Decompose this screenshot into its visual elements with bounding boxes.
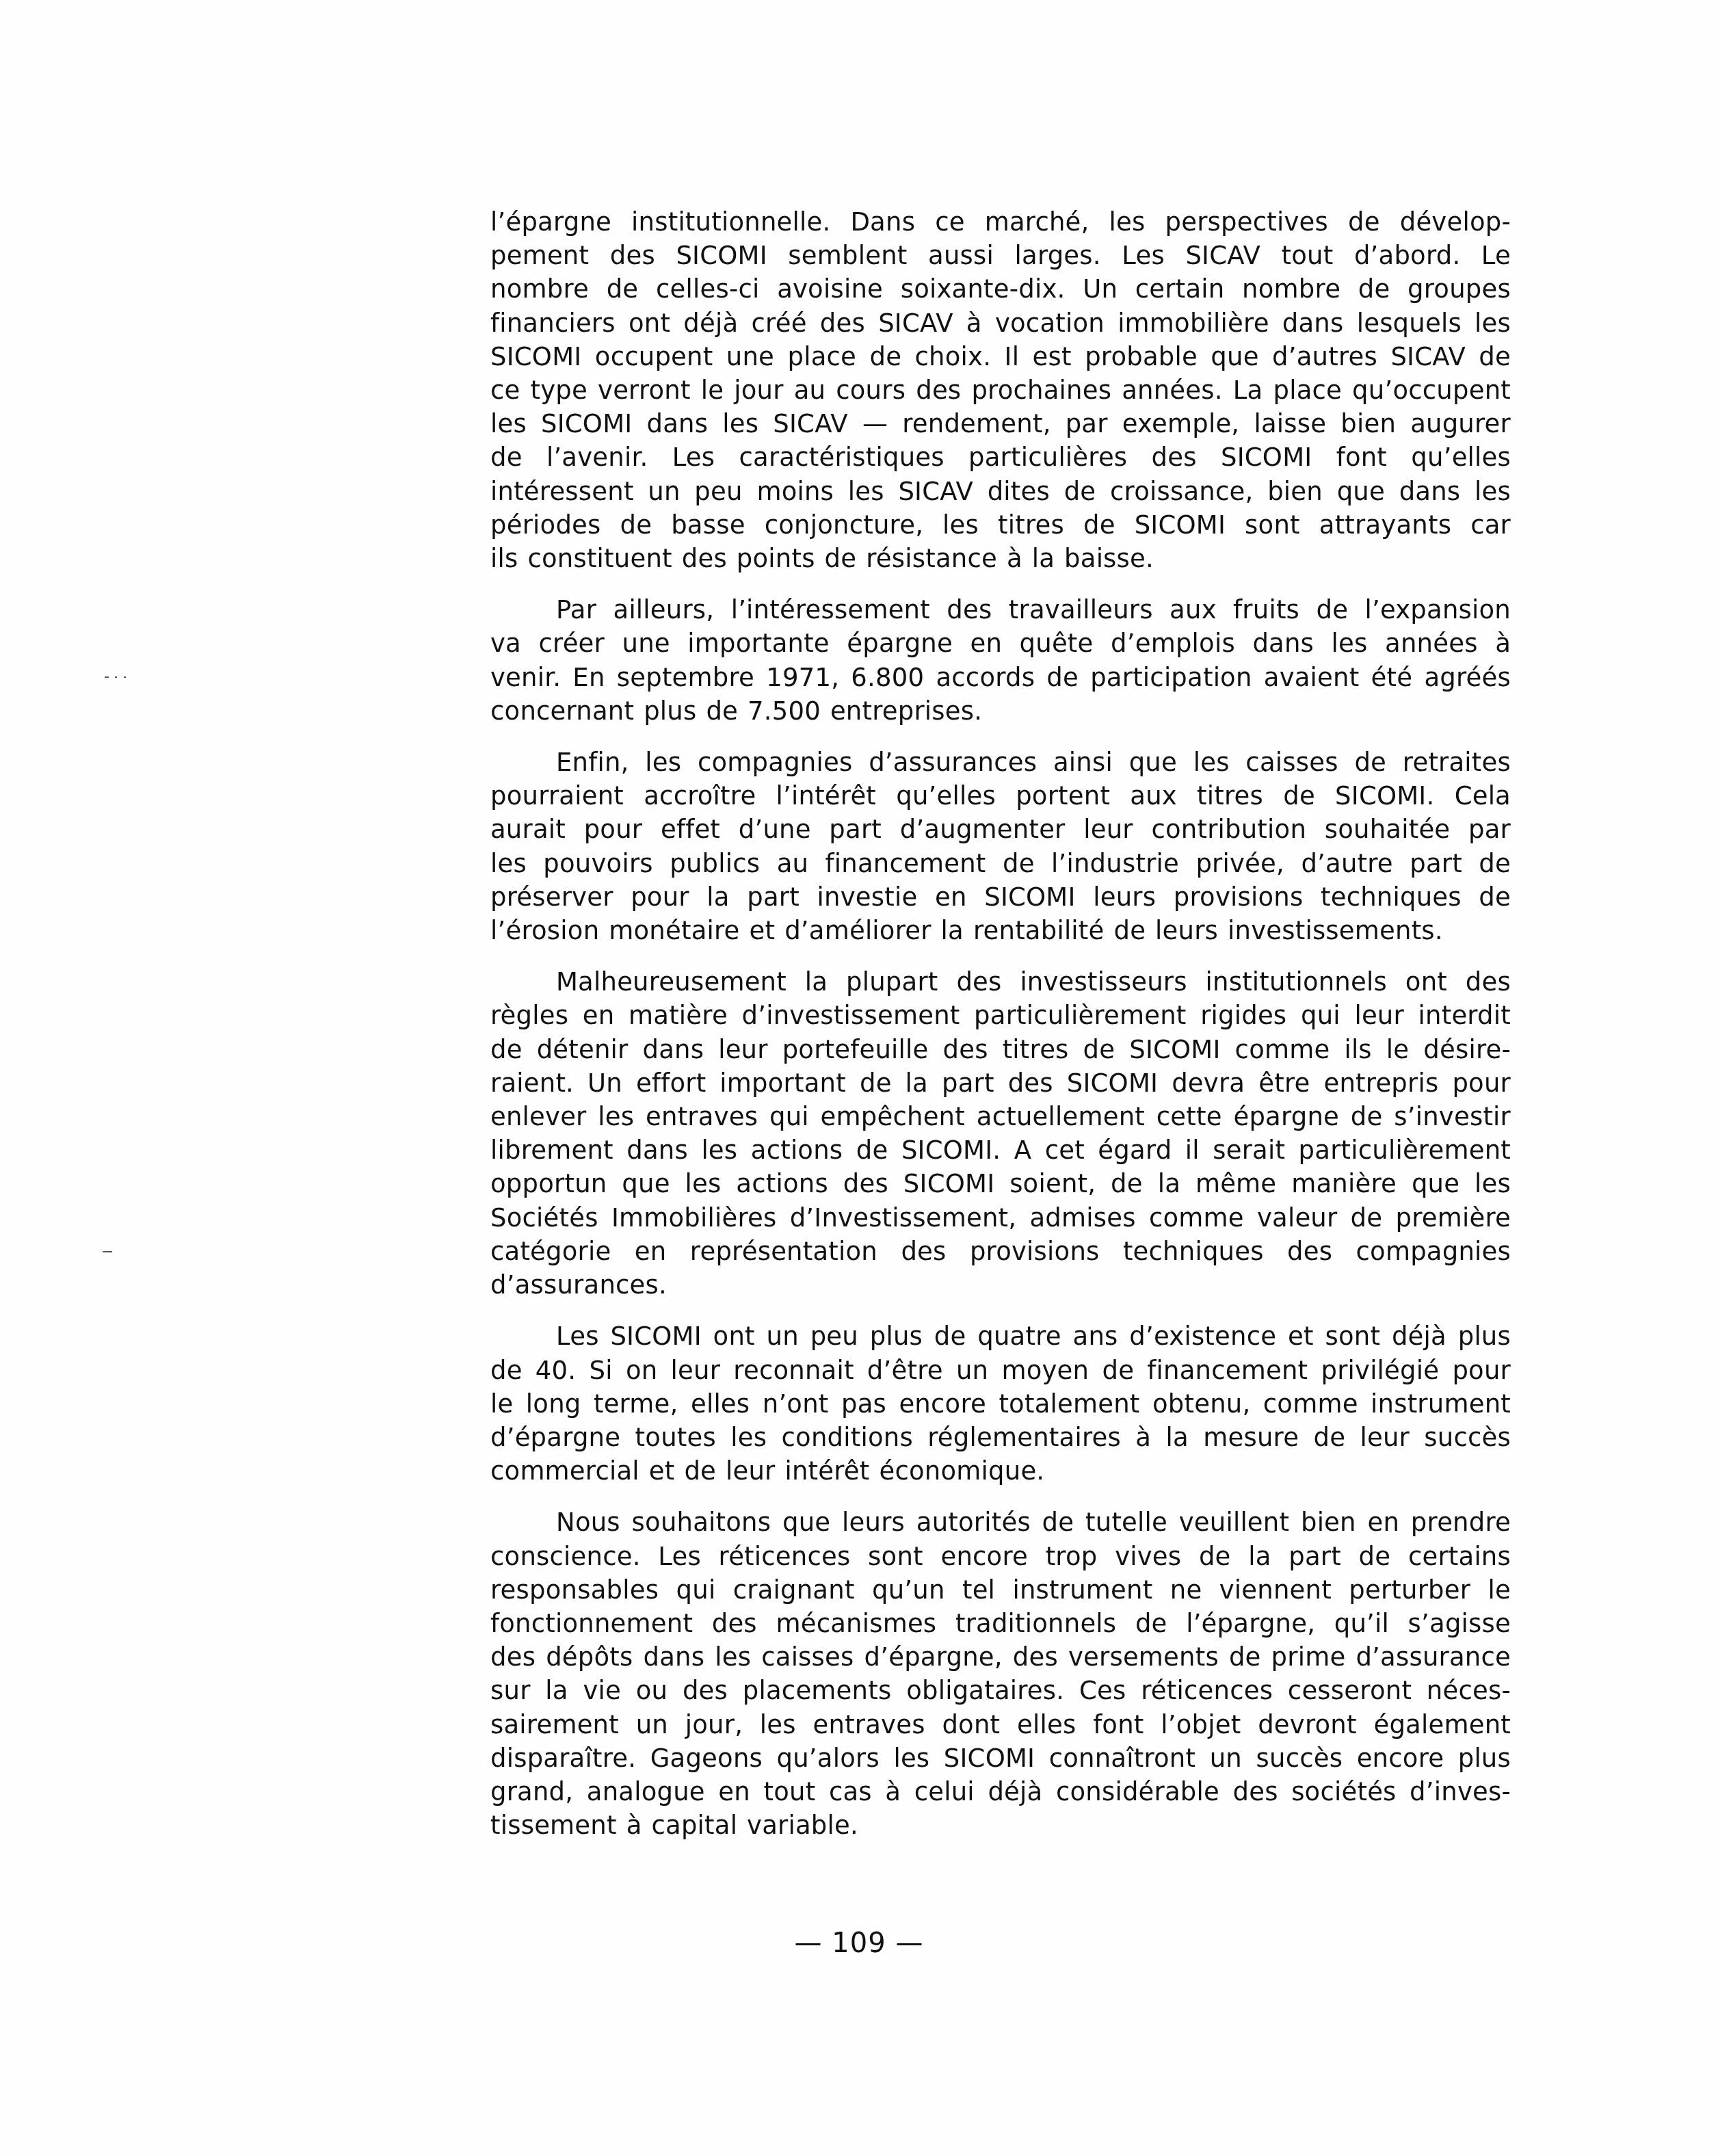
text-line: commercial et de leur intérêt économique… [490,1454,1511,1488]
text-line: financiers ont déjà créé des SICAV à voc… [490,306,1511,340]
text-line: va créer une importante épargne en quête… [490,627,1511,660]
text-line: ils constituent des points de résistance… [490,542,1511,575]
text-line: conscience. Les réticences sont encore t… [490,1540,1511,1573]
text-line: Malheureusement la plupart des investiss… [490,965,1511,999]
text-line: sur la vie ou des placements obligataire… [490,1674,1511,1707]
text-line: ce type verront le jour au cours des pro… [490,373,1511,407]
text-line: catégorie en représentation des provisio… [490,1235,1511,1268]
scan-speck [124,676,126,678]
text-line: de 40. Si on leur reconnait d’être un mo… [490,1354,1511,1387]
text-line: SICOMI occupent une place de choix. Il e… [490,340,1511,373]
text-line: les pouvoirs publics au financement de l… [490,847,1511,880]
text-line: d’épargne toutes les conditions réglemen… [490,1421,1511,1454]
paragraph-3: Enfin, les compagnies d’assurances ainsi… [490,746,1511,947]
body-text: l’épargne institutionnelle. Dans ce marc… [490,205,1511,1860]
text-line: pement des SICOMI semblent aussi larges.… [490,239,1511,272]
text-line: intéressent un peu moins les SICAV dites… [490,475,1511,508]
text-line: d’assurances. [490,1268,1511,1302]
text-line: concernant plus de 7.500 entreprises. [490,694,1511,728]
text-line: Sociétés Immobilières d’Investissement, … [490,1201,1511,1235]
text-line: de détenir dans leur portefeuille des ti… [490,1033,1511,1066]
scan-speck [105,676,109,678]
text-line: enlever les entraves qui empêchent actue… [490,1100,1511,1133]
text-line: des dépôts dans les caisses d’épargne, d… [490,1640,1511,1674]
text-line: règles en matière d’investissement parti… [490,999,1511,1032]
text-line: raient. Un effort important de la part d… [490,1066,1511,1100]
text-line: Par ailleurs, l’intéressement des travai… [490,593,1511,627]
text-line: grand, analogue en tout cas à celui déjà… [490,1775,1511,1809]
text-line: Enfin, les compagnies d’assurances ainsi… [490,746,1511,779]
paragraph-1: l’épargne institutionnelle. Dans ce marc… [490,205,1511,575]
text-line: sairement un jour, les entraves dont ell… [490,1708,1511,1741]
paragraph-4: Malheureusement la plupart des investiss… [490,965,1511,1302]
paragraph-5: Les SICOMI ont un peu plus de quatre ans… [490,1319,1511,1488]
text-line: tissement à capital variable. [490,1809,1511,1842]
scan-speck [103,1251,112,1252]
text-line: librement dans les actions de SICOMI. A … [490,1133,1511,1167]
text-line: nombre de celles-ci avoisine soixante-di… [490,272,1511,306]
text-line: l’épargne institutionnelle. Dans ce marc… [490,205,1511,239]
text-line: responsables qui craignant qu’un tel ins… [490,1573,1511,1607]
text-line: de l’avenir. Les caractéristiques partic… [490,441,1511,474]
text-line: venir. En septembre 1971, 6.800 accords … [490,661,1511,694]
scan-speck [115,676,117,678]
text-line: le long terme, elles n’ont pas encore to… [490,1387,1511,1421]
text-line: aurait pour effet d’une part d’augmenter… [490,813,1511,846]
paragraph-6: Nous souhaitons que leurs autorités de t… [490,1506,1511,1842]
paragraph-2: Par ailleurs, l’intéressement des travai… [490,593,1511,728]
text-line: l’érosion monétaire et d’améliorer la re… [490,914,1511,947]
text-line: fonctionnement des mécanismes traditionn… [490,1607,1511,1640]
text-line: Nous souhaitons que leurs autorités de t… [490,1506,1511,1539]
page-number: — 109 — [0,1928,1718,1959]
text-line: pourraient accroître l’intérêt qu’elles … [490,779,1511,813]
text-line: les SICOMI dans les SICAV — rendement, p… [490,407,1511,441]
text-line: Les SICOMI ont un peu plus de quatre ans… [490,1319,1511,1353]
text-line: périodes de basse conjoncture, les titre… [490,508,1511,542]
text-line: disparaître. Gageons qu’alors les SICOMI… [490,1741,1511,1775]
text-line: opportun que les actions des SICOMI soie… [490,1167,1511,1200]
document-page: l’épargne institutionnelle. Dans ce marc… [0,0,1718,2156]
text-line: préserver pour la part investie en SICOM… [490,880,1511,914]
